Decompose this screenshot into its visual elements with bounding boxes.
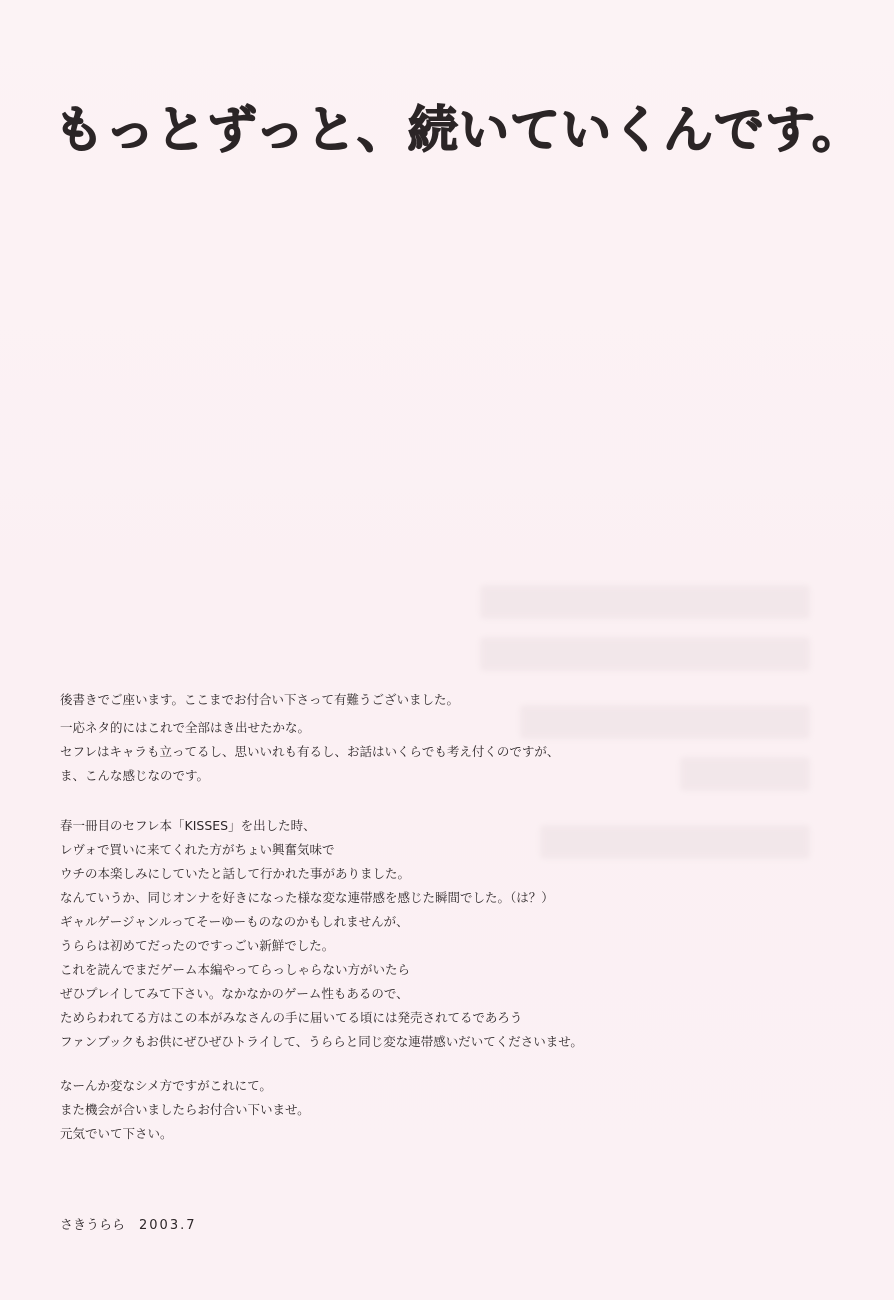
page-title: もっとずっと、続いていくんです。 [54, 100, 863, 160]
author-name: さきうらら [60, 1218, 125, 1233]
text-line: ぜひプレイしてみて下さい。なかなかのゲーム性もあるので、 [60, 982, 583, 1006]
text-line: 元気でいて下さい。 [60, 1122, 310, 1146]
text-line: なんていうか、同じオンナを好きになった様な変な連帯感を感じた瞬間でした。（は？） [60, 886, 583, 910]
signature-date: 2003.7 [139, 1218, 197, 1233]
text-line: 一応ネタ的にはこれで全部はき出せたかな。 [60, 716, 559, 740]
text-line: また機会が合いましたらお付合い下いませ。 [60, 1098, 310, 1122]
paragraph-intro: 一応ネタ的にはこれで全部はき出せたかな。 セフレはキャラも立ってるし、思いいれも… [60, 716, 559, 788]
paragraph-closing: なーんか変なシメ方ですがこれにて。 また機会が合いましたらお付合い下いませ。 元… [60, 1074, 310, 1146]
paragraph-story: 春一冊目のセフレ本「KISSES」を出した時、 レヴォで買いに来てくれた方がちょ… [60, 814, 583, 1054]
text-line: ためらわれてる方はこの本がみなさんの手に届いてる頃には発売されてるであろう [60, 1006, 583, 1030]
text-line: ギャルゲージャンルってそーゆーものなのかもしれませんが、 [60, 910, 583, 934]
signature: さきうらら2003.7 [60, 1214, 197, 1238]
text-line: ま、こんな感じなのです。 [60, 764, 559, 788]
text-line: 後書きでご座います。ここまでお付合い下さって有難うございました。 [60, 688, 459, 712]
text-line: ウチの本楽しみにしていたと話して行かれた事がありました。 [60, 862, 583, 886]
paragraph-greeting: 後書きでご座います。ここまでお付合い下さって有難うございました。 [60, 688, 459, 712]
document-page: もっとずっと、続いていくんです。 後書きでご座います。ここまでお付合い下さって有… [0, 0, 894, 1300]
text-line: ファンブックもお供にぜひぜひトライして、うららと同じ変な連帯感いだいてくださいま… [60, 1030, 583, 1054]
text-line: これを読んでまだゲーム本編やってらっしゃらない方がいたら [60, 958, 583, 982]
text-line: なーんか変なシメ方ですがこれにて。 [60, 1074, 310, 1098]
text-line: レヴォで買いに来てくれた方がちょい興奮気味で [60, 838, 583, 862]
text-line: うららは初めてだったのですっごい新鮮でした。 [60, 934, 583, 958]
text-line: 春一冊目のセフレ本「KISSES」を出した時、 [60, 814, 583, 838]
text-line: セフレはキャラも立ってるし、思いいれも有るし、お話はいくらでも考え付くのですが、 [60, 740, 559, 764]
